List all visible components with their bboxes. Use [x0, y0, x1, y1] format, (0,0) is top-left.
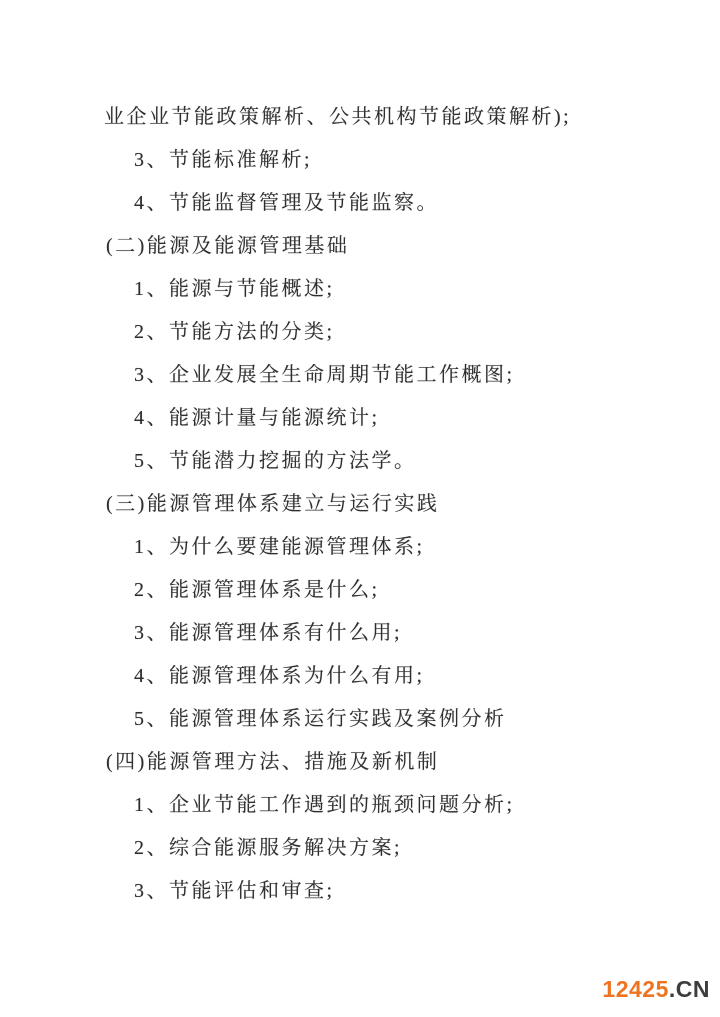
document-line: 2、节能方法的分类; — [104, 311, 680, 354]
document-line: 3、企业发展全生命周期节能工作概图; — [104, 354, 680, 397]
document-line: 1、企业节能工作遇到的瓶颈问题分析; — [104, 784, 680, 827]
watermark: 12425.CN — [602, 976, 710, 1003]
document-line: 5、能源管理体系运行实践及案例分析 — [104, 698, 680, 741]
document-line: 2、综合能源服务解决方案; — [104, 827, 680, 870]
document-line: 4、节能监督管理及节能监察。 — [104, 182, 680, 225]
section-heading: (三)能源管理体系建立与运行实践 — [104, 483, 680, 526]
document-line: 1、能源与节能概述; — [104, 268, 680, 311]
section-heading: (四)能源管理方法、措施及新机制 — [104, 741, 680, 784]
section-heading: (二)能源及能源管理基础 — [104, 225, 680, 268]
watermark-domain-suffix: .CN — [669, 976, 710, 1002]
document-line: 1、为什么要建能源管理体系; — [104, 526, 680, 569]
watermark-site-name: 12425 — [602, 976, 668, 1002]
document-line: 5、节能潜力挖掘的方法学。 — [104, 440, 680, 483]
document-line: 4、能源计量与能源统计; — [104, 397, 680, 440]
document-line: 4、能源管理体系为什么有用; — [104, 655, 680, 698]
document-line: 3、能源管理体系有什么用; — [104, 612, 680, 655]
document-line: 业企业节能政策解析、公共机构节能政策解析); — [104, 96, 680, 139]
document-line: 3、节能标准解析; — [104, 139, 680, 182]
document-page: 业企业节能政策解析、公共机构节能政策解析); 3、节能标准解析; 4、节能监督管… — [0, 0, 720, 1017]
document-line: 2、能源管理体系是什么; — [104, 569, 680, 612]
document-body: 业企业节能政策解析、公共机构节能政策解析); 3、节能标准解析; 4、节能监督管… — [104, 96, 680, 913]
document-line: 3、节能评估和审查; — [104, 870, 680, 913]
